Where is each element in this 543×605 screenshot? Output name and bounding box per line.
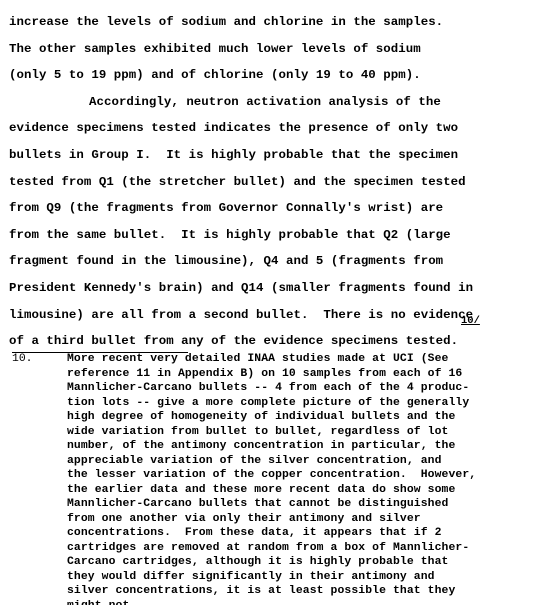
footnote-line: Carcano cartridges, although it is highl… xyxy=(67,555,543,570)
body-line: from the same bullet. It is highly proba… xyxy=(9,222,539,249)
body-line: President Kennedy's brain) and Q14 (smal… xyxy=(9,275,539,302)
footnote-line: cartridges are removed at random from a … xyxy=(67,541,543,556)
body-line: limousine) are all from a second bullet.… xyxy=(9,302,539,329)
body-line: (only 5 to 19 ppm) and of chlorine (only… xyxy=(9,62,539,89)
footnote-line: tion lots -- give a more complete pictur… xyxy=(67,396,543,411)
body-line: bullets in Group I. It is highly probabl… xyxy=(9,142,539,169)
footnote-line: number, of the antimony concentration in… xyxy=(67,439,543,454)
footnote-line: the lesser variation of the copper conce… xyxy=(67,468,543,483)
body-line: of a third bullet from any of the eviden… xyxy=(9,328,539,355)
footnote-line: More recent very detailed INAA studies m… xyxy=(67,352,543,367)
body-line: evidence specimens tested indicates the … xyxy=(9,115,539,142)
footnote-number: 10. xyxy=(12,352,33,366)
body-text: increase the levels of sodium and chlori… xyxy=(9,9,539,355)
footnote-line: appreciable variation of the silver conc… xyxy=(67,454,543,469)
footnote-reference-marker: 10/ xyxy=(461,315,480,327)
footnote-line: from one another via only their antimony… xyxy=(67,512,543,527)
body-line-paragraph-start: Accordingly, neutron activation analysis… xyxy=(9,89,539,116)
footnote-line: wide variation from bullet to bullet, re… xyxy=(67,425,543,440)
footnote-line: high degree of homogeneity of individual… xyxy=(67,410,543,425)
body-line: tested from Q1 (the stretcher bullet) an… xyxy=(9,169,539,196)
footnote-line: concentrations. From these data, it appe… xyxy=(67,526,543,541)
body-line: increase the levels of sodium and chlori… xyxy=(9,9,539,36)
body-line: fragment found in the limousine), Q4 and… xyxy=(9,248,539,275)
footnote-text: More recent very detailed INAA studies m… xyxy=(67,352,543,605)
body-line: The other samples exhibited much lower l… xyxy=(9,36,539,63)
footnote-line: reference 11 in Appendix B) on 10 sample… xyxy=(67,367,543,382)
footnote-line: they would differ significantly in their… xyxy=(67,570,543,585)
footnote-line: Mannlicher-Carcano bullets that cannot b… xyxy=(67,497,543,512)
body-line: from Q9 (the fragments from Governor Con… xyxy=(9,195,539,222)
document-page: increase the levels of sodium and chlori… xyxy=(0,0,543,605)
footnote-line: silver concentrations, it is at least po… xyxy=(67,584,543,599)
footnote-line: might not. xyxy=(67,599,543,605)
footnote-line: the earlier data and these more recent d… xyxy=(67,483,543,498)
footnote-line: Mannlicher-Carcano bullets -- 4 from eac… xyxy=(67,381,543,396)
